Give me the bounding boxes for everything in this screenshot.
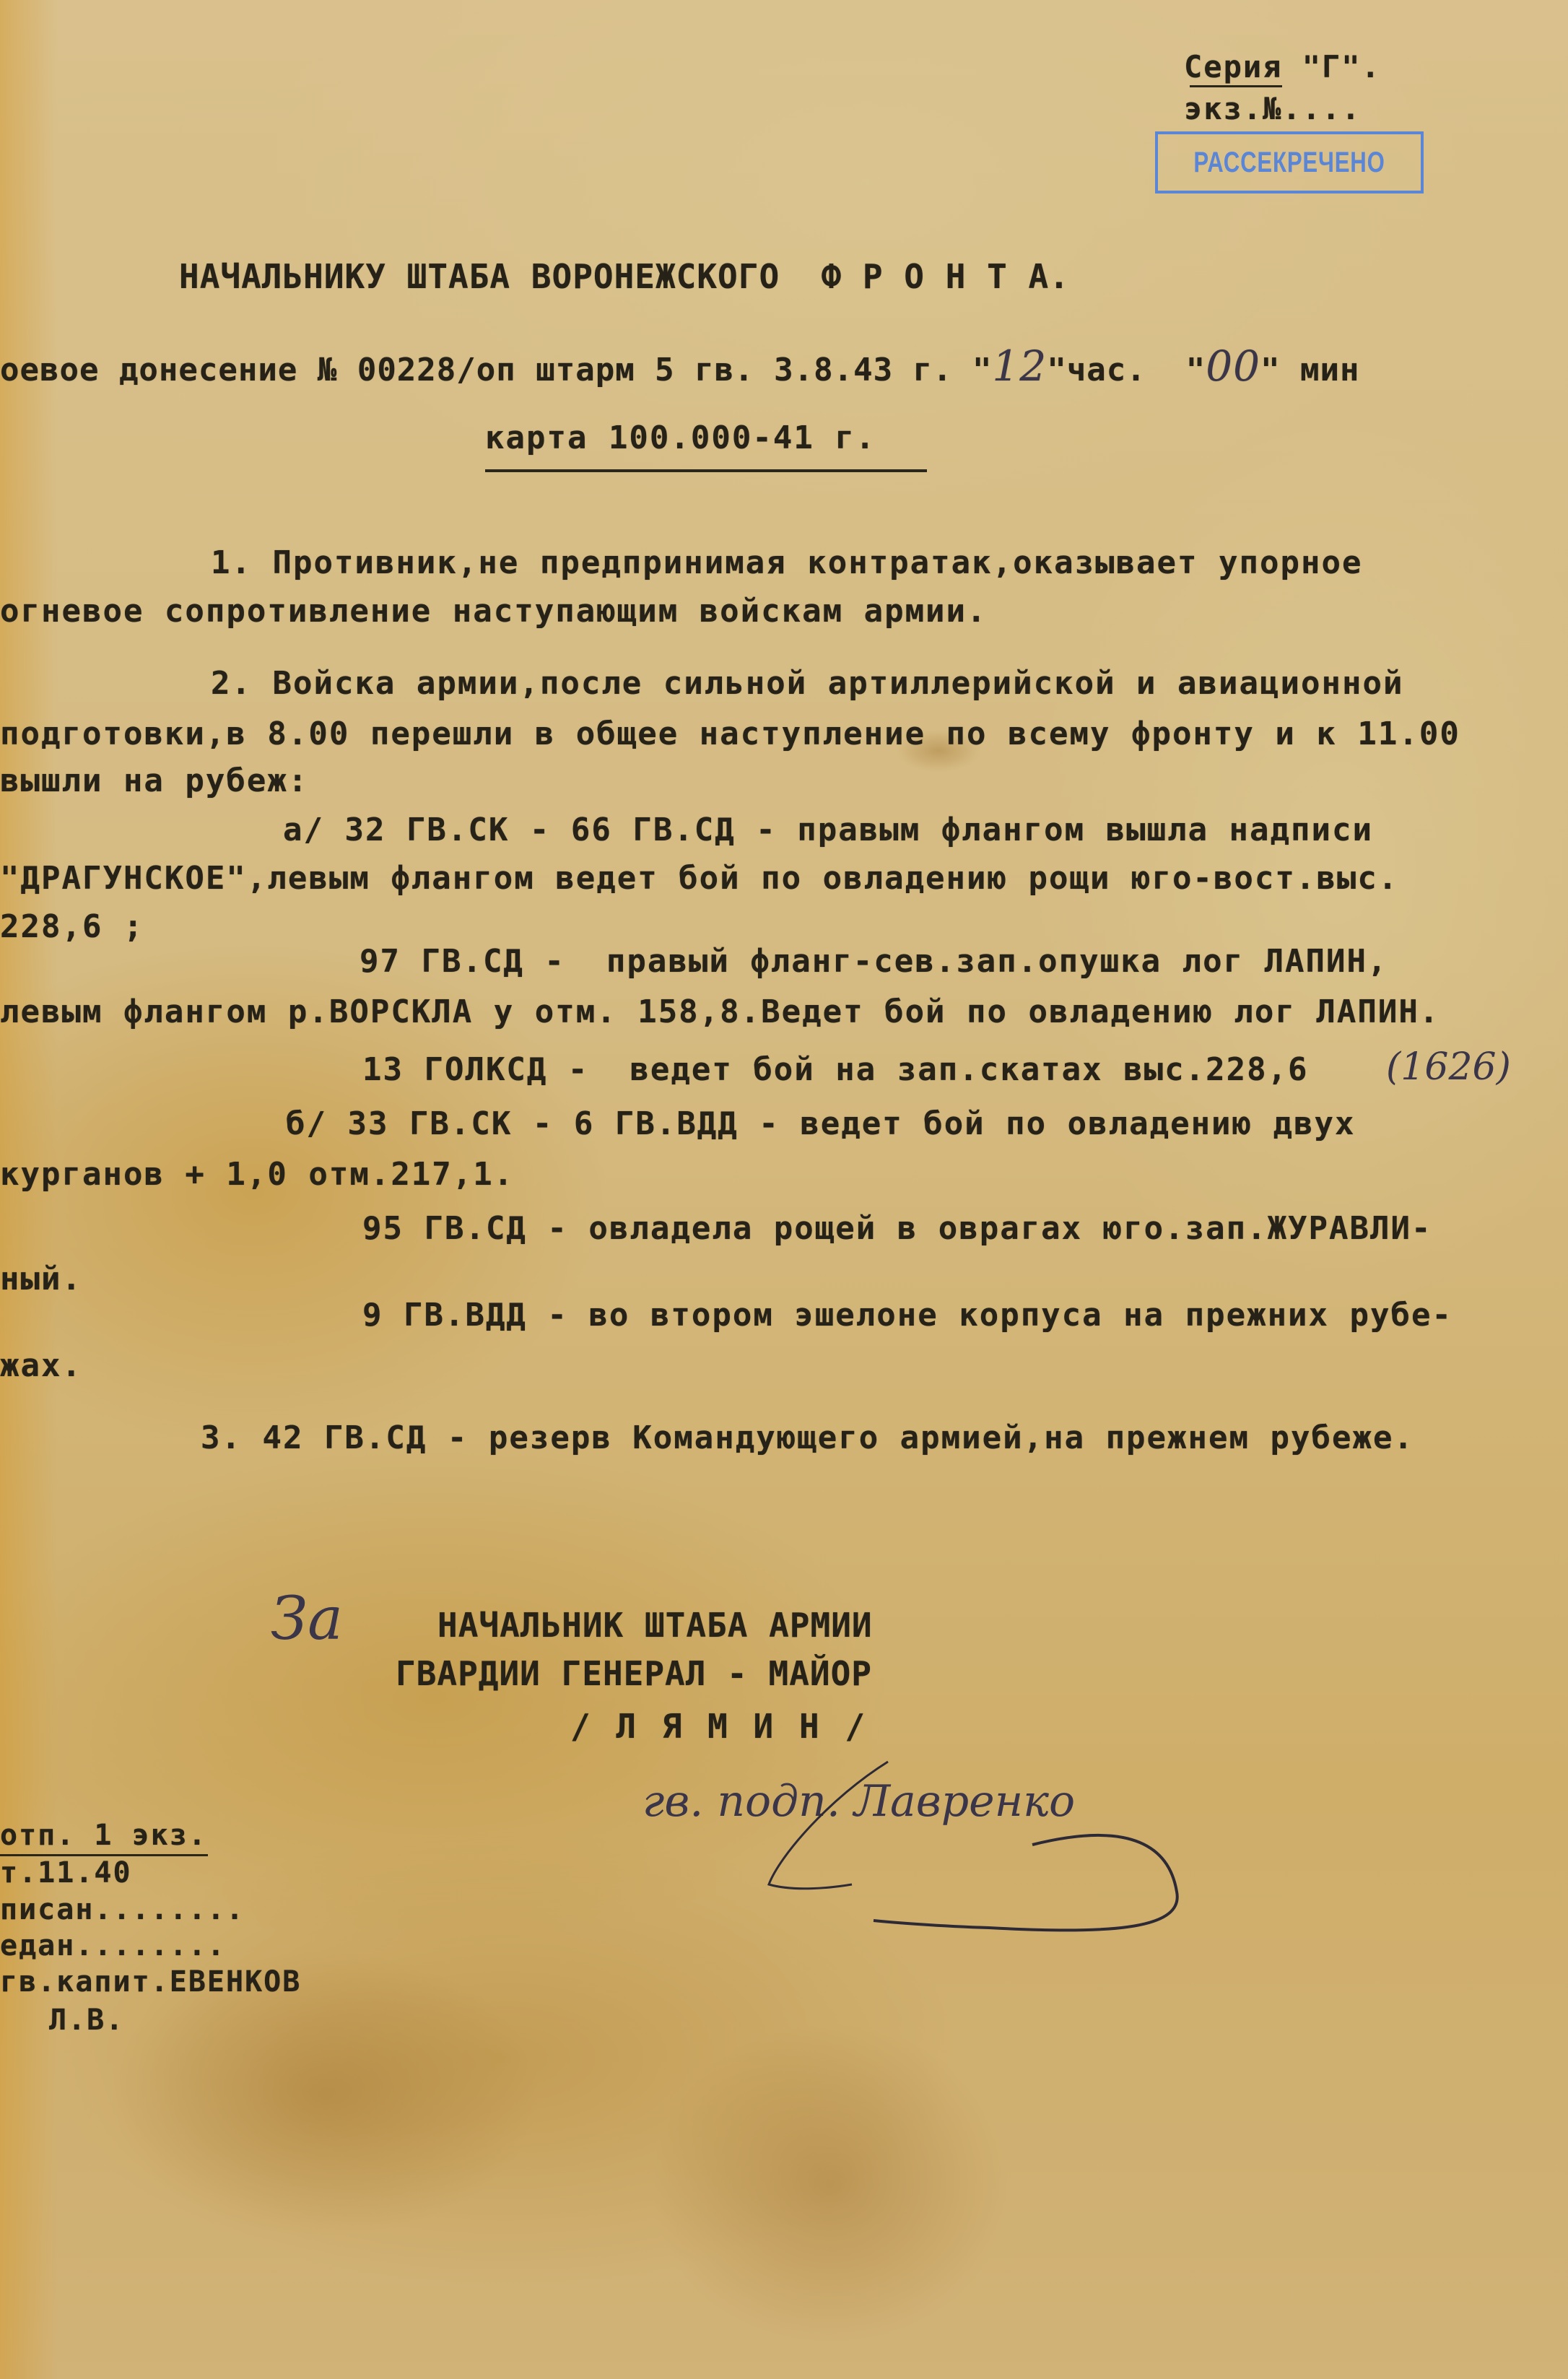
signature-title-line2: ГВАРДИИ ГЕНЕРАЛ - МАЙОР xyxy=(396,1657,872,1690)
body-line-1: 1. Противник,не предпринимая контратак,о… xyxy=(211,547,1362,579)
body-line-17: жах. xyxy=(0,1350,82,1382)
signature-flourish-icon xyxy=(614,1740,1336,1942)
body-line-2: огневое сопротивление наступающим войска… xyxy=(0,596,988,627)
signature-name: / Л Я М И Н / xyxy=(570,1710,868,1743)
report-hour: 12 xyxy=(993,342,1047,391)
body-line-6: а/ 32 ГВ.СК - 66 ГВ.СД - правым флангом … xyxy=(283,814,1373,846)
report-minutes-suffix: " мин xyxy=(1260,352,1359,388)
footer-line-5: гв.капит.ЕВЕНКОВ xyxy=(0,1967,301,1996)
body-line-15: ный. xyxy=(0,1264,82,1295)
series-label: Серия "Г". xyxy=(1184,52,1381,82)
footer-line-2: т.11.40 xyxy=(0,1858,132,1887)
body-line-12: б/ 33 ГВ.СК - 6 ГВ.ВДД - ведет бой по ов… xyxy=(286,1108,1356,1140)
report-title-line: оевое донесение № 00228/оп штарм 5 гв. 3… xyxy=(0,345,1360,387)
footer-line-6: Л.В. xyxy=(49,2006,124,2035)
declassified-stamp-text: РАССЕКРЕЧЕНО xyxy=(1193,147,1385,179)
body-line-14: 95 ГВ.СД - овладела рощей в оврагах юго.… xyxy=(362,1213,1432,1245)
map-line-underline xyxy=(485,469,927,472)
series-underline xyxy=(1190,85,1282,87)
body-line-7: "ДРАГУНСКОЕ",левым флангом ведет бой по … xyxy=(0,863,1398,895)
body-line-3: 2. Войска армии,после сильной артиллерий… xyxy=(211,668,1403,700)
report-minutes: 00 xyxy=(1206,342,1260,391)
body-line-11: 13 ГОЛКСД - ведет бой на зап.скатах выс.… xyxy=(362,1054,1309,1086)
body-line-4: подготовки,в 8.00 перешли в общее наступ… xyxy=(0,718,1460,750)
body-line-5: вышли на рубеж: xyxy=(0,765,308,797)
body-line-16: 9 ГВ.ВДД - во втором эшелоне корпуса на … xyxy=(362,1300,1452,1331)
body-line-18: 3. 42 ГВ.СД - резерв Командующего армией… xyxy=(201,1422,1414,1454)
report-title: оевое донесение № 00228/оп штарм 5 гв. 3… xyxy=(0,352,993,388)
map-line: карта 100.000-41 г. xyxy=(485,422,876,454)
body-line-13: курганов + 1,0 отм.217,1. xyxy=(0,1159,514,1191)
footer-line-4: едан........ xyxy=(0,1931,226,1960)
report-hour-suffix: "час. " xyxy=(1047,352,1206,388)
addressee-line: НАЧАЛЬНИКУ ШТАБА ВОРОНЕЖСКОГО Ф Р О Н Т … xyxy=(179,260,1070,293)
body-line-8: 228,6 ; xyxy=(0,911,144,943)
footer-line-1: отп. 1 экз. xyxy=(0,1821,207,1850)
handwritten-za: За xyxy=(271,1585,343,1653)
handwritten-annotation: (1626) xyxy=(1386,1045,1511,1089)
footer-line-3: писан........ xyxy=(0,1895,245,1924)
signature-title-line1: НАЧАЛЬНИК ШТАБА АРМИИ xyxy=(437,1609,873,1642)
copy-number: экз.№.... xyxy=(1184,94,1362,124)
body-line-10: левым флангом р.ВОРСКЛА у отм. 158,8.Вед… xyxy=(0,996,1439,1028)
body-line-9: 97 ГВ.СД - правый фланг-сев.зап.опушка л… xyxy=(360,946,1388,978)
declassified-stamp: РАССЕКРЕЧЕНО xyxy=(1155,131,1424,193)
